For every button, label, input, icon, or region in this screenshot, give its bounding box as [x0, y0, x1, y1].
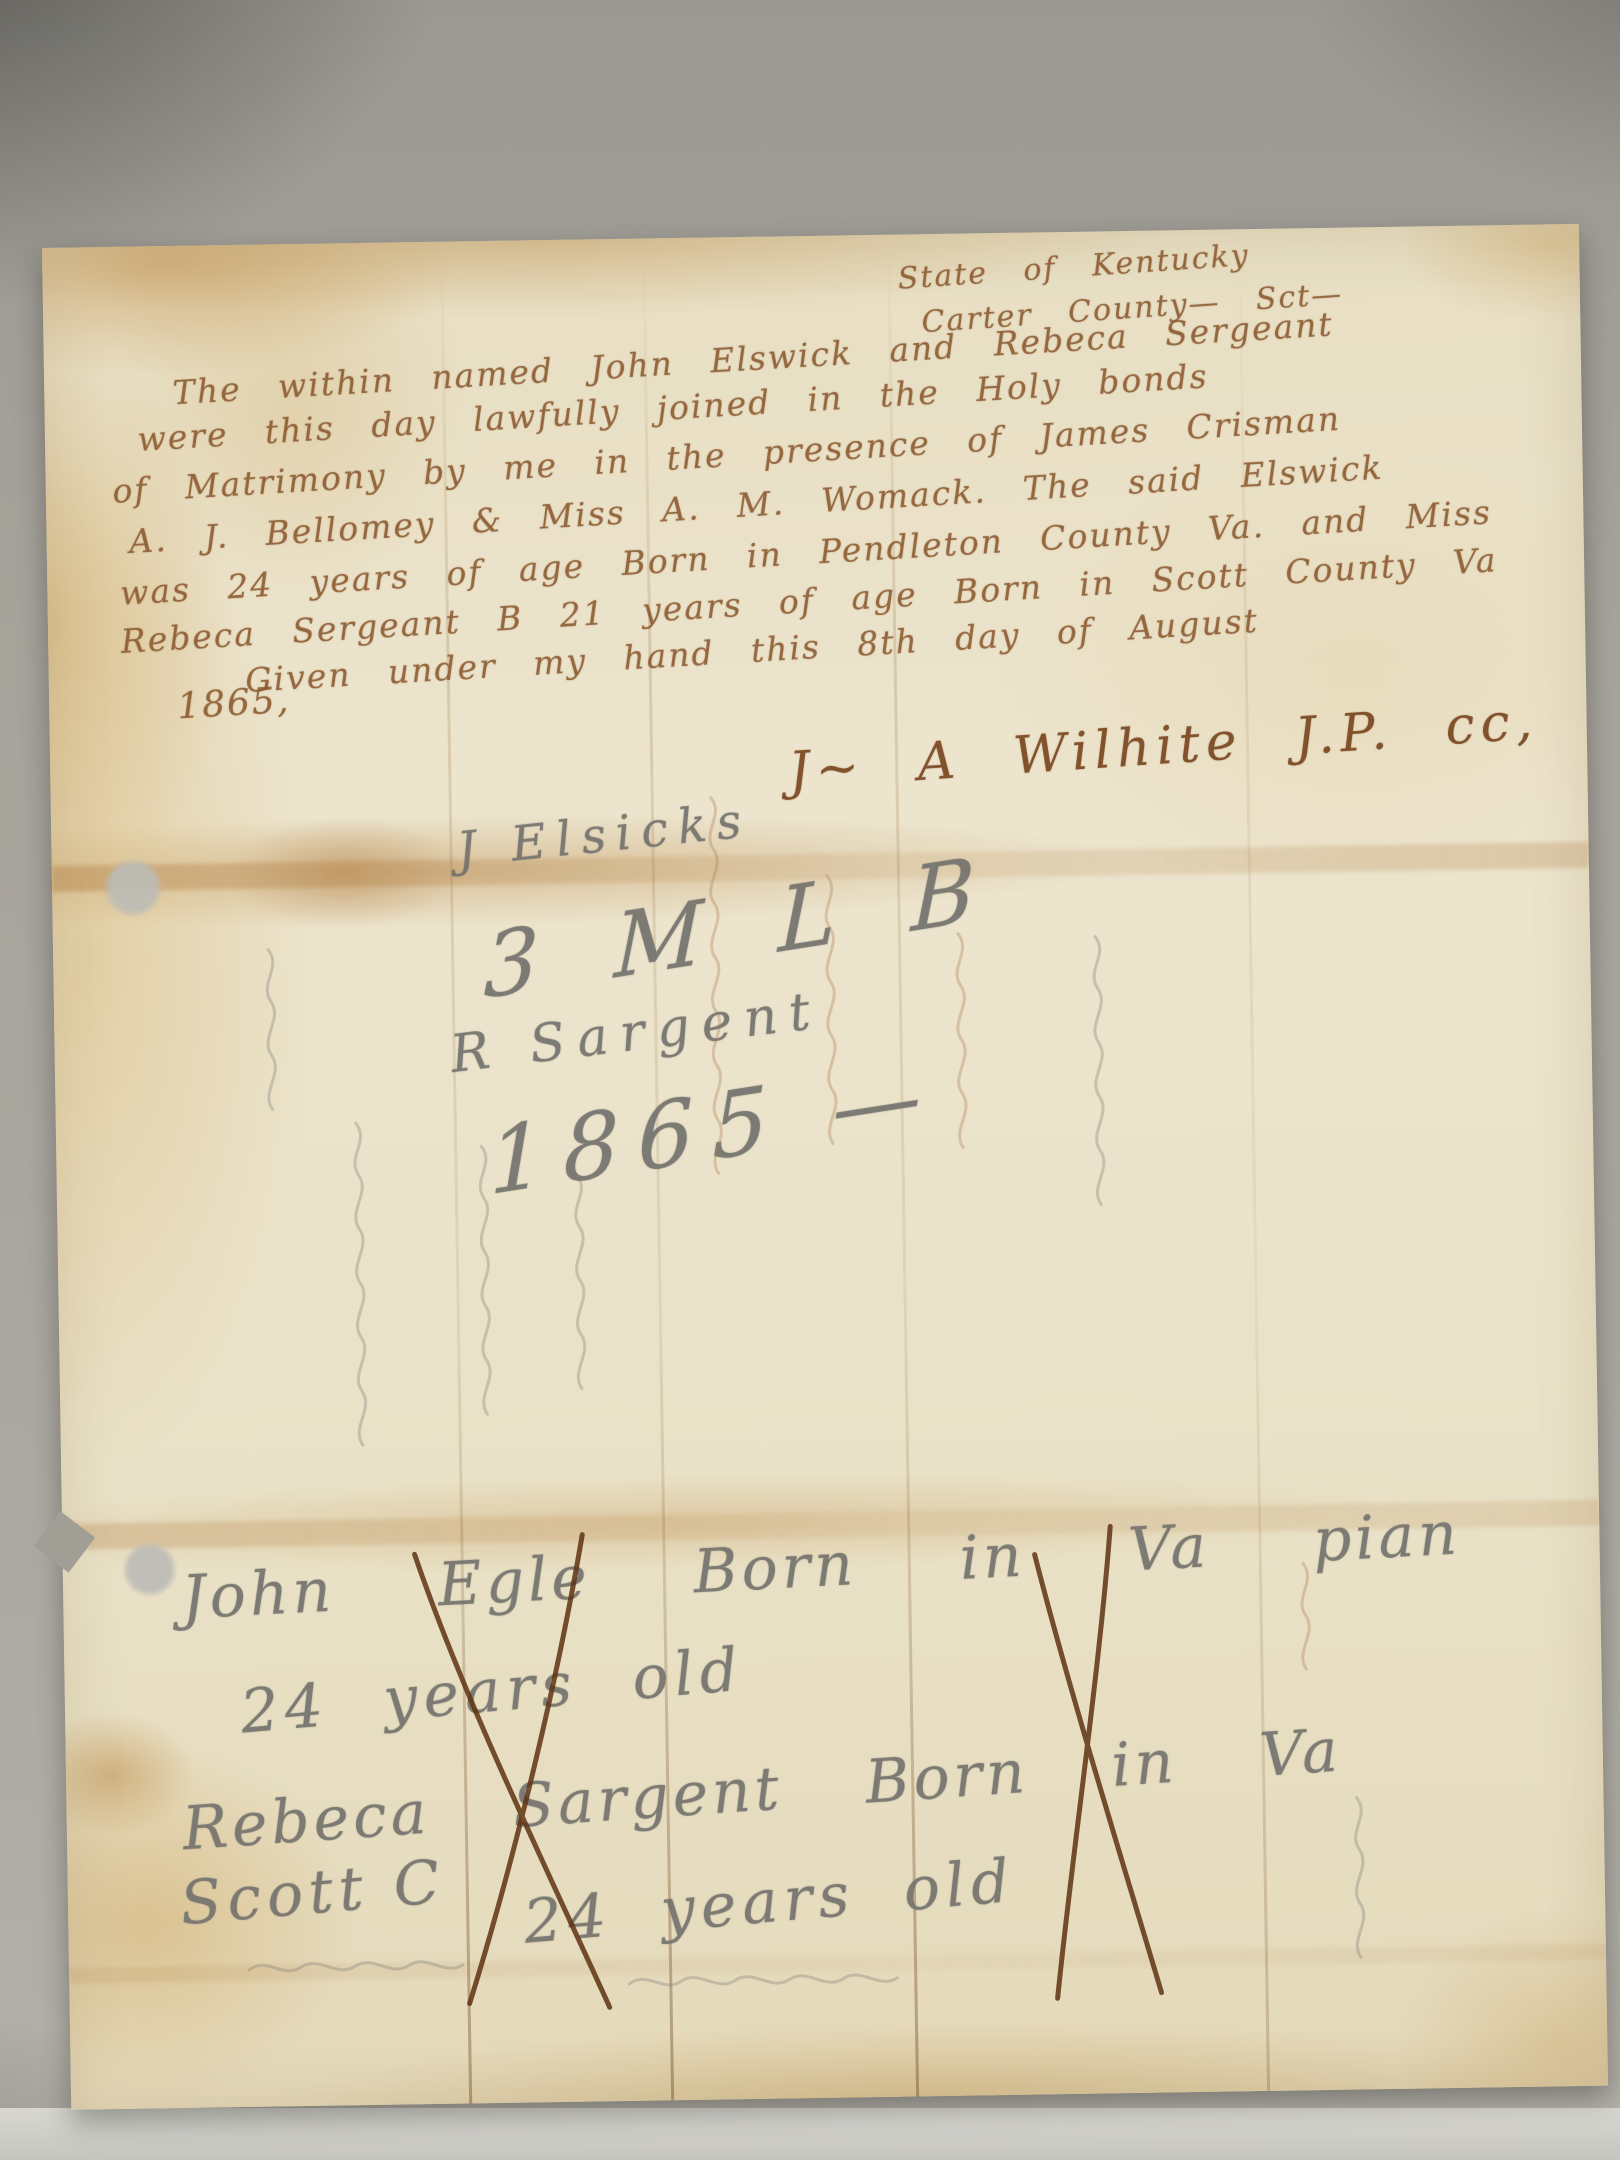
- document-paper: State of Kentucky Carter County— Sct— Th…: [42, 224, 1608, 2110]
- pencil-note: 24 years old: [521, 1846, 1018, 1958]
- fold-crease: [69, 1944, 1606, 1984]
- torn-edge-notch: [34, 1511, 96, 1573]
- photograph-of-marriage-record: State of Kentucky Carter County— Sct— Th…: [0, 0, 1620, 2160]
- underlying-sheet-edge: [0, 2108, 1620, 2160]
- body-line: 1865,: [176, 680, 291, 728]
- wax-seal-spot: [104, 858, 163, 917]
- wax-seal-spot: [122, 1542, 177, 1597]
- officiant-signature: J~ A Wilhite J.P. cc,: [787, 691, 1540, 802]
- pencil-note: 24 years old: [238, 1635, 747, 1748]
